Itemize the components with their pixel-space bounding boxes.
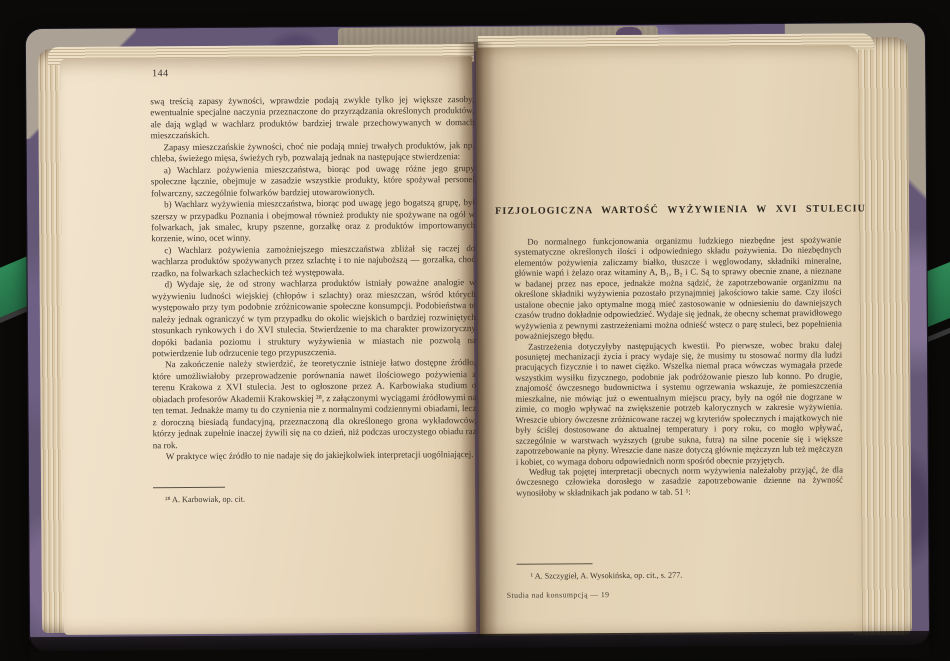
photo-background: 144 swą treścią zapasy żywności, wprawdz…	[0, 0, 950, 661]
paragraph: Do normalnego funkcjonowania organizmu l…	[514, 234, 842, 341]
paragraph: d) Wydaje się, że od strony wachlarza pr…	[152, 277, 477, 359]
left-page-body-text: swą treścią zapasy żywności, wprawdzie p…	[150, 94, 477, 488]
right-page-body-text: Do normalnego funkcjonowania organizmu l…	[514, 234, 843, 560]
paragraph: b) Wachlarz wyżywienia mieszczaństwa, bi…	[151, 197, 475, 245]
paragraph: Według tak pojętej interpretacji obecnyc…	[516, 464, 843, 498]
paragraph: a) Wachlarz pożywienia mieszczaństwa, bi…	[151, 163, 475, 200]
right-page: FIZJOLOGICZNA WARTOŚĆ WYŻYWIENIA W XVI S…	[476, 45, 862, 636]
bottom-shadow	[30, 631, 929, 661]
paragraph: swą treścią zapasy żywności, wprawdzie p…	[150, 94, 474, 142]
paragraph: c) Wachlarz pożywienia zamożniejszego mi…	[151, 243, 475, 280]
left-page: 144 swą treścią zapasy żywności, wprawdz…	[60, 56, 476, 635]
paragraph: Zapasy mieszczańskie żywności, choć nie …	[151, 140, 475, 165]
open-book: 144 swą treścią zapasy żywności, wprawdz…	[0, 0, 950, 661]
right-page-footnote: ¹ A. Szczygieł, A. Wysokińska, op. cit.,…	[517, 569, 844, 580]
paragraph: W praktyce więc źródło to nie nadaje się…	[153, 449, 477, 463]
footnote-rule	[153, 487, 225, 489]
printer-signature: Studia nad konsumpcją — 19	[507, 590, 610, 600]
paragraph: Zastrzeżenia dotyczyłyby następujących k…	[515, 339, 843, 467]
paragraph: Na zakończenie należy stwierdzić, że teo…	[152, 357, 477, 451]
page-number: 144	[152, 68, 169, 79]
footnote-rule	[517, 563, 593, 565]
chapter-title: FIZJOLOGICZNA WARTOŚĆ WYŻYWIENIA W XVI S…	[495, 203, 843, 216]
left-page-footnote: ²⁸ A. Karbowiak, op. cit.	[153, 493, 477, 504]
